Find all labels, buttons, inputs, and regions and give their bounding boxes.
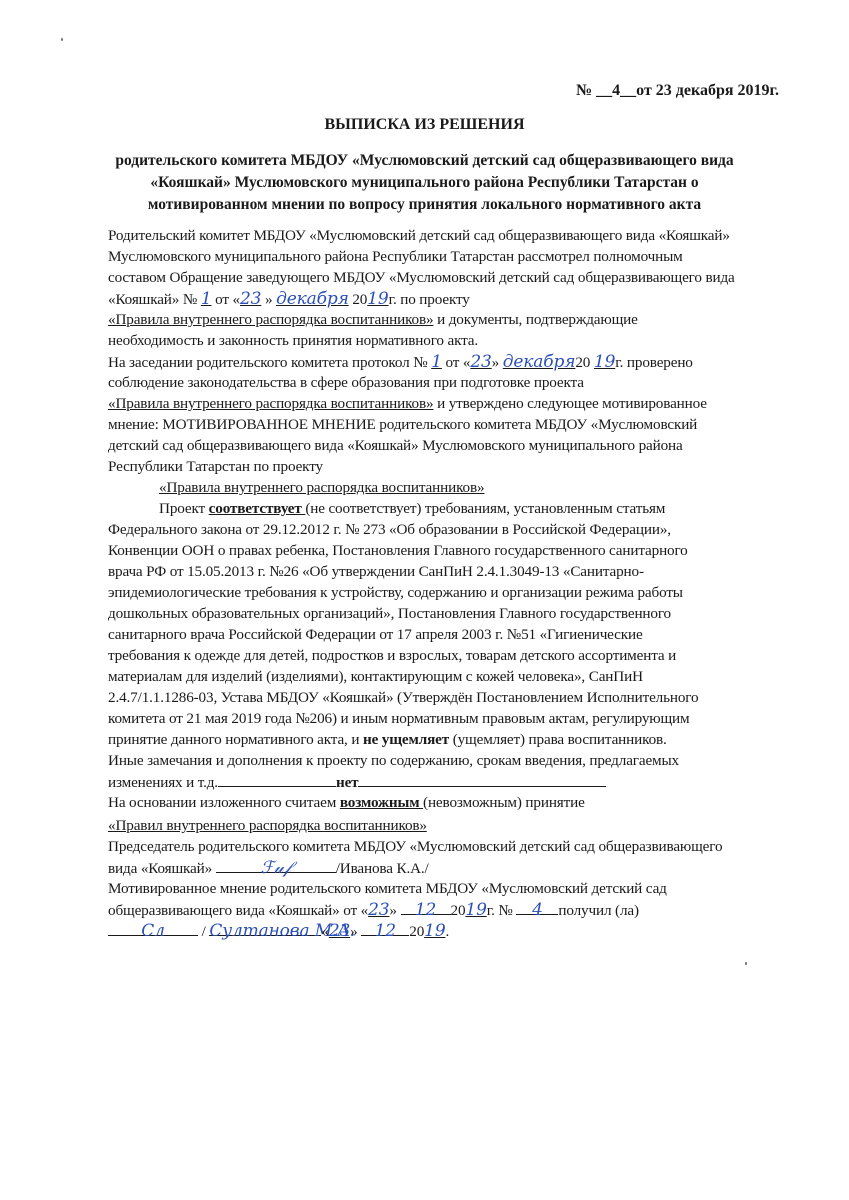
text-line: врача РФ от 15.05.2013 г. №26 «Об утверж… xyxy=(108,562,644,582)
text: и утверждено следующее мотивированное xyxy=(433,395,706,412)
text: На заседании родительского комитета прот… xyxy=(108,354,431,371)
text-line: Иные замечания и дополнения к проекту по… xyxy=(108,751,679,771)
text: от « xyxy=(442,354,470,371)
handwritten-month: декабря xyxy=(276,289,349,309)
document-number: № __4__от 23 декабря 2019г. xyxy=(576,82,779,100)
text-line: Республики Татарстан по проекту xyxy=(108,457,323,477)
number-field: 4 xyxy=(516,900,558,915)
name-field: Султанова М.А. xyxy=(209,921,321,936)
text: принятие данного нормативного акта, и xyxy=(108,731,363,748)
text-line: 2.4.7/1.1.1286-03, Устава МБДОУ «Кояшкай… xyxy=(108,688,698,708)
text-line: Председатель родительского комитета МБДО… xyxy=(108,837,722,857)
handwritten-year: 19 xyxy=(594,352,615,372)
text-line: принятие данного нормативного акта, и не… xyxy=(108,730,667,750)
text: вида «Кояшкай» xyxy=(108,860,216,877)
recipient-signature: Сл xyxy=(141,921,165,941)
scan-speck xyxy=(61,38,63,41)
text: » xyxy=(389,902,400,919)
month-field: 12 xyxy=(401,900,451,915)
project-title: «Правила внутреннего распорядка воспитан… xyxy=(108,311,433,328)
text: (невозможным) принятие xyxy=(423,794,585,811)
handwritten-day: 23 xyxy=(329,921,350,941)
text-line: требования к одежде для детей, подростко… xyxy=(108,646,676,666)
chair-signature: ℱ𝓊𝒻 xyxy=(261,858,291,878)
project-title: «Правила внутреннего распорядка воспитан… xyxy=(159,478,484,498)
project-title: «Правил внутреннего распорядка воспитанн… xyxy=(108,816,427,836)
text: «Кояшкай» № xyxy=(108,291,201,308)
text-line: необходимость и законность принятия норм… xyxy=(108,331,478,351)
blank-line xyxy=(358,772,606,787)
handwritten-year: 19 xyxy=(424,921,445,941)
text: г. по проекту xyxy=(389,291,470,308)
chair-name: /Иванова К.А./ xyxy=(336,860,429,877)
handwritten-number: 4 xyxy=(532,900,543,920)
document-page: № __4__от 23 декабря 2019г. ВЫПИСКА ИЗ Р… xyxy=(0,0,849,1200)
text: 20 xyxy=(451,902,466,919)
scan-speck xyxy=(745,962,747,965)
text-line: Родительский комитет МБДОУ «Муслюмовский… xyxy=(108,226,730,246)
blank-line xyxy=(218,772,336,787)
text: от « xyxy=(212,291,240,308)
text-line: «Правила внутреннего распорядка воспитан… xyxy=(108,394,707,414)
text-line: эпидемиологические требования к устройст… xyxy=(108,583,683,603)
text: г. проверено xyxy=(615,354,693,371)
handwritten-month: 12 xyxy=(375,921,396,941)
signature-field: Сл xyxy=(108,921,198,936)
document-title: ВЫПИСКА ИЗ РЕШЕНИЯ xyxy=(0,116,849,134)
handwritten-day: 23 xyxy=(470,352,491,372)
recipient-signature-line: Сл / Султанова М.А.«23» 122019. xyxy=(108,921,449,942)
handwritten-month: 12 xyxy=(415,900,436,920)
text-line: Проект соответствует (не соответствует) … xyxy=(159,499,665,519)
text: (ущемляет) права воспитанников. xyxy=(449,731,667,748)
text: и документы, подтверждающие xyxy=(433,311,637,328)
emphasis-not-infringe: не ущемляет xyxy=(363,731,449,748)
handwritten-protocol-number: 1 xyxy=(431,352,442,372)
text-line: изменениях и т.д.нет xyxy=(108,772,606,793)
text-line: дошкольных образовательных организаций»,… xyxy=(108,604,671,624)
text: » xyxy=(261,291,276,308)
text-line: Мотивированное мнение родительского коми… xyxy=(108,879,667,899)
text-line: детский сад общеразвивающего вида «Кояшк… xyxy=(108,436,683,456)
subtitle-line: родительского комитета МБДОУ «Муслюмовск… xyxy=(0,150,849,172)
subtitle-line: мотивированном мнении по вопросу приняти… xyxy=(0,194,849,216)
emphasis-complies: соответствует xyxy=(209,500,306,517)
handwritten-month: декабря xyxy=(503,352,576,372)
emphasis-possible: возможным xyxy=(340,794,423,811)
project-title: «Правила внутреннего распорядка воспитан… xyxy=(108,395,433,412)
month-field: 12 xyxy=(361,921,409,936)
text-line: составом Обращение заведующего МБДОУ «Му… xyxy=(108,268,735,288)
handwritten-day: 23 xyxy=(240,289,261,309)
text: . xyxy=(446,923,450,940)
text: На основании изложенного считаем xyxy=(108,794,340,811)
text-line: Муслюмовского муниципального района Респ… xyxy=(108,247,683,267)
subtitle-line: «Кояшкай» Муслюмовского муниципального р… xyxy=(0,172,849,194)
text-line: соблюдение законодательства в сфере обра… xyxy=(108,373,584,393)
text-line: «Правила внутреннего распорядка воспитан… xyxy=(108,310,638,330)
text: « xyxy=(321,923,328,940)
text: (не соответствует) требованиям, установл… xyxy=(305,500,665,517)
text: 20 xyxy=(575,354,594,371)
text: 20 xyxy=(409,923,424,940)
chair-signature-line: вида «Кояшкай» ℱ𝓊𝒻/Иванова К.А./ xyxy=(108,858,429,879)
text: » xyxy=(350,923,361,940)
handwritten-year: 19 xyxy=(465,900,486,920)
text-line: мнение: МОТИВИРОВАННОЕ МНЕНИЕ родительск… xyxy=(108,415,697,435)
text-line: комитета от 21 мая 2019 года №206) и ины… xyxy=(108,709,689,729)
text: » xyxy=(492,354,503,371)
handwritten-number: 1 xyxy=(201,289,212,309)
signature-field: ℱ𝓊𝒻 xyxy=(216,858,336,873)
text-line-with-handwriting: На заседании родительского комитета прот… xyxy=(108,352,693,373)
separator: / xyxy=(198,923,209,940)
text-line: санитарного врача Российской Федерации о… xyxy=(108,625,643,645)
text-line: Федерального закона от 29.12.2012 г. № 2… xyxy=(108,520,671,540)
handwritten-year: 19 xyxy=(367,289,388,309)
text: 20 xyxy=(349,291,368,308)
text-line-with-handwriting: общеразвивающего вида «Кояшкай» от «23» … xyxy=(108,900,639,921)
text: изменениях и т.д. xyxy=(108,774,218,791)
text: Проект xyxy=(159,500,209,517)
text-line: На основании изложенного считаем возможн… xyxy=(108,793,585,813)
text-line: материалам для изделий (изделиями), конт… xyxy=(108,667,643,687)
remarks-value: нет xyxy=(336,774,359,791)
text-line: Конвенции ООН о правах ребенка, Постанов… xyxy=(108,541,688,561)
text: общеразвивающего вида «Кояшкай» от « xyxy=(108,902,368,919)
text: получил (ла) xyxy=(558,902,638,919)
text-line-with-handwriting: «Кояшкай» № 1 от «23 » декабря 2019г. по… xyxy=(108,289,470,310)
handwritten-day: 23 xyxy=(368,900,389,920)
text: г. № xyxy=(487,902,517,919)
